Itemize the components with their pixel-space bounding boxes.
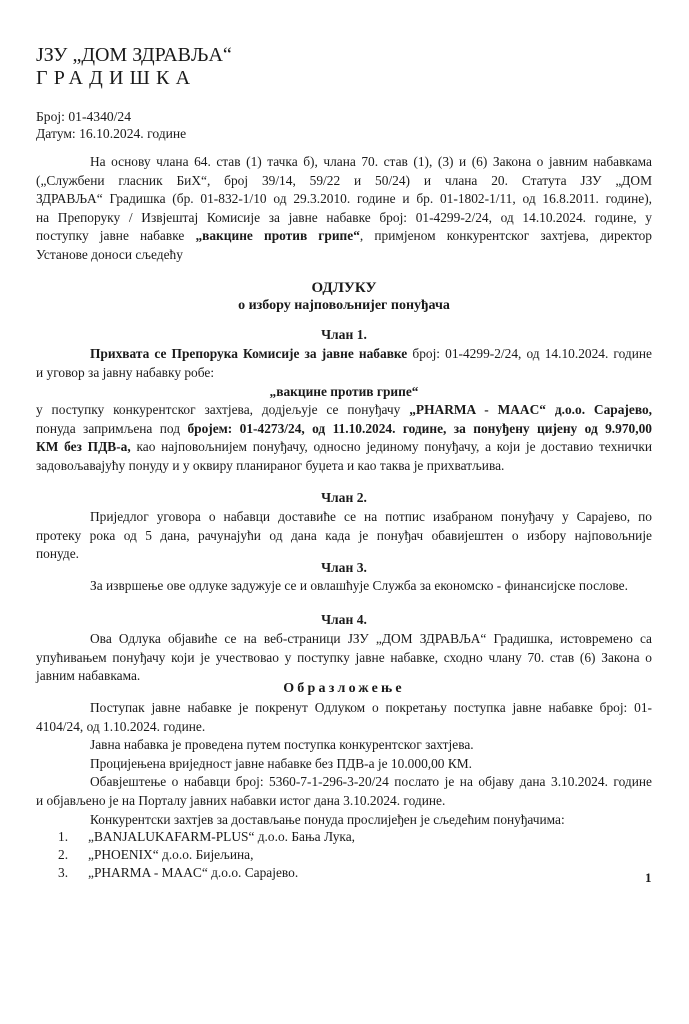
document-date: Датум: 16.10.2024. године bbox=[36, 126, 186, 142]
offer-details: бројем: 01-4273/24, од 11.10.2024. годин… bbox=[187, 421, 652, 436]
bidder-name: „PHOENIX“ д.о.о. Бијељина, bbox=[88, 847, 253, 862]
list-number: 2. bbox=[58, 846, 88, 864]
article-1-body: Прихвата се Препорука Комисије за јавне … bbox=[36, 345, 652, 382]
procurement-subject: „вакцине против грипе“ bbox=[195, 228, 359, 243]
selected-bidder: „PHARMA - MAAC“ д.о.о. Сарајево, bbox=[409, 402, 652, 417]
list-item: 3.„PHARMA - MAAC“ д.о.о. Сарајево. bbox=[58, 864, 355, 882]
preamble-line: Установе доноси сљедећу bbox=[36, 247, 183, 262]
institution-city: ГРАДИШКА bbox=[36, 67, 196, 90]
offer-details: КМ без ПДВ-а, bbox=[36, 439, 131, 454]
reasoning-text: и објављено је на Порталу јавних набавки… bbox=[36, 793, 445, 808]
decision-title: ОДЛУКУ bbox=[36, 280, 652, 297]
preamble-line: („Службени гласник БиХ“, број 39/14, 59/… bbox=[36, 173, 652, 188]
reasoning-text: Поступак јавне набавке је покренут Одлук… bbox=[90, 700, 652, 715]
list-item: 2.„PHOENIX“ д.о.о. Бијељина, bbox=[58, 846, 355, 864]
article-1-text: понуда запримљена под bbox=[36, 421, 187, 436]
article-4-text: Ова Одлука објавиће се на веб-страници Ј… bbox=[90, 631, 652, 646]
article-1-award: у поступку конкурентског захтјева, додје… bbox=[36, 401, 652, 475]
document-page: ЈЗУ „ДОМ ЗДРАВЉА“ ГРАДИШКА Број: 01-4340… bbox=[0, 0, 689, 1024]
preamble-text: , примјеном конкурентског захтјева, дире… bbox=[360, 228, 652, 243]
article-1-subject: „вакцине против грипе“ bbox=[36, 384, 652, 400]
article-2-heading: Члан 2. bbox=[36, 490, 652, 506]
article-1-text: Прихвата се Препорука Комисије за јавне … bbox=[90, 346, 407, 361]
reasoning-text: Обавјештење о набавци број: 5360-7-1-296… bbox=[90, 774, 652, 789]
bidder-name: „PHARMA - MAAC“ д.о.о. Сарајево. bbox=[88, 865, 298, 880]
preamble-line: на Препоруку / Извјештај Комисије за јав… bbox=[36, 210, 652, 225]
preamble-text: поступку јавне набавке bbox=[36, 228, 195, 243]
reasoning-text: 4104/24, од 1.10.2024. године. bbox=[36, 719, 205, 734]
article-4-body: Ова Одлука објавиће се на веб-страници Ј… bbox=[36, 630, 652, 686]
bidder-name: „BANJALUKAFARM-PLUS“ д.о.о. Бања Лука, bbox=[88, 829, 355, 844]
article-3-body: За извршење ове одлуке задужује се и овл… bbox=[36, 577, 652, 596]
bidders-list: 1.„BANJALUKAFARM-PLUS“ д.о.о. Бања Лука,… bbox=[58, 828, 355, 882]
preamble: На основу члана 64. став (1) тачка б), ч… bbox=[36, 153, 652, 265]
article-1-text: и уговор за јавну набавку робе: bbox=[36, 365, 214, 380]
article-1-text: задовољавајућу понуду и у оквиру планира… bbox=[36, 458, 504, 473]
list-item: 1.„BANJALUKAFARM-PLUS“ д.о.о. Бања Лука, bbox=[58, 828, 355, 846]
preamble-line: На основу члана 64. став (1) тачка б), ч… bbox=[90, 154, 652, 169]
article-4-text: упућивањем понуђачу који је учествовао у… bbox=[36, 650, 652, 665]
article-2-text: Приједлог уговора о набавци доставиће се… bbox=[90, 509, 652, 524]
article-3-heading: Члан 3. bbox=[36, 560, 652, 576]
article-2-text: понуде. bbox=[36, 546, 79, 561]
article-1-text: број: 01-4299-2/24, од 14.10.2024. годин… bbox=[407, 346, 652, 361]
article-2-text: протеку рока од 5 дана, рачунајући од да… bbox=[36, 528, 652, 543]
article-2-body: Приједлог уговора о набавци доставиће се… bbox=[36, 508, 652, 564]
preamble-line: ЗДРАВЉА“ Градишка (бр. 01-832-1/10 од 29… bbox=[36, 191, 652, 206]
article-1-text: као најповољнијем понуђачу, односно једи… bbox=[131, 439, 652, 454]
page-number: 1 bbox=[645, 870, 652, 886]
reasoning-heading: Образложење bbox=[36, 681, 652, 697]
decision-subtitle: о избору најповољнијег понуђача bbox=[36, 298, 652, 314]
article-4-heading: Члан 4. bbox=[36, 612, 652, 628]
reasoning-text: Јавна набавка је проведена путем поступк… bbox=[90, 737, 474, 752]
reasoning-text: Процијењена вриједност јавне набавке без… bbox=[90, 756, 472, 771]
document-number: Број: 01-4340/24 bbox=[36, 109, 131, 125]
reasoning-body: Поступак јавне набавке је покренут Одлук… bbox=[36, 699, 652, 829]
reasoning-text: Конкурентски захтјев за достављање понуд… bbox=[90, 812, 565, 827]
institution-name: ЈЗУ „ДОМ ЗДРАВЉА“ bbox=[36, 44, 232, 67]
article-1-heading: Члан 1. bbox=[36, 327, 652, 343]
article-3-text: За извршење ове одлуке задужује се и овл… bbox=[90, 578, 628, 593]
list-number: 3. bbox=[58, 864, 88, 882]
article-1-text: у поступку конкурентског захтјева, додје… bbox=[36, 402, 409, 417]
list-number: 1. bbox=[58, 828, 88, 846]
